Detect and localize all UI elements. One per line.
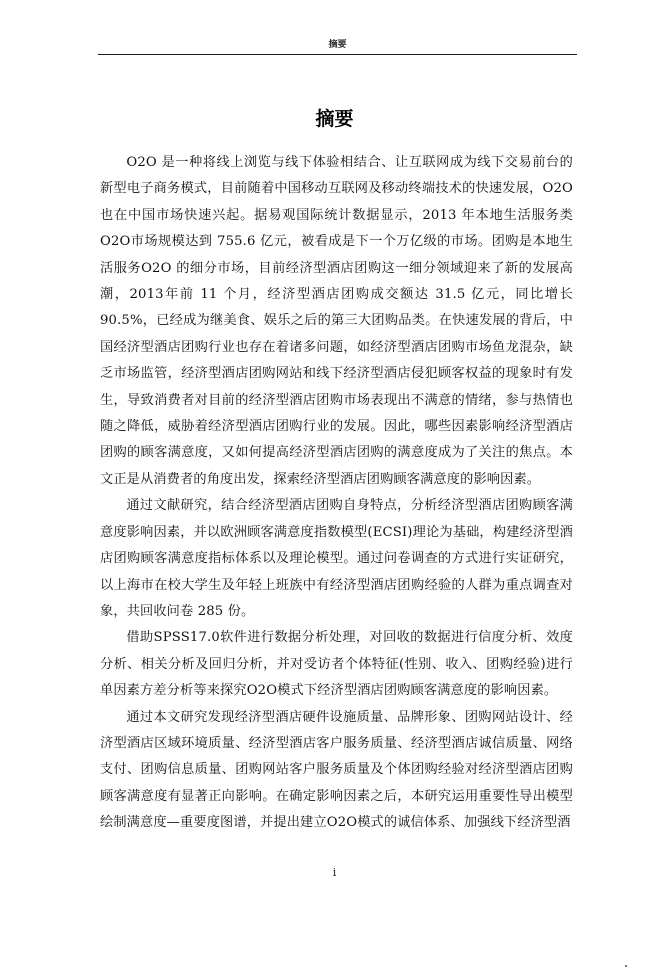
abstract-paragraph-2: 通过文献研究，结合经济型酒店团购自身特点，分析经济型酒店团购顾客满意度影响因素，… (100, 493, 573, 625)
scan-artifact (625, 965, 627, 967)
abstract-paragraph-4: 通过本文研究发现经济型酒店硬件设施质量、品牌形象、团购网站设计、经济型酒店区域环… (100, 705, 573, 837)
running-header: 摘要 (98, 37, 577, 50)
page-number: i (0, 866, 669, 879)
abstract-paragraph-1: O2O 是一种将线上浏览与线下体验相结合、让互联网成为线下交易前台的新型电子商务… (100, 150, 573, 493)
header-rule (98, 54, 577, 55)
abstract-body: O2O 是一种将线上浏览与线下体验相结合、让互联网成为线下交易前台的新型电子商务… (100, 150, 573, 837)
abstract-paragraph-3: 借助SPSS17.0软件进行数据分析处理，对回收的数据进行信度分析、效度分析、相… (100, 625, 573, 704)
page-title: 摘要 (0, 104, 669, 131)
